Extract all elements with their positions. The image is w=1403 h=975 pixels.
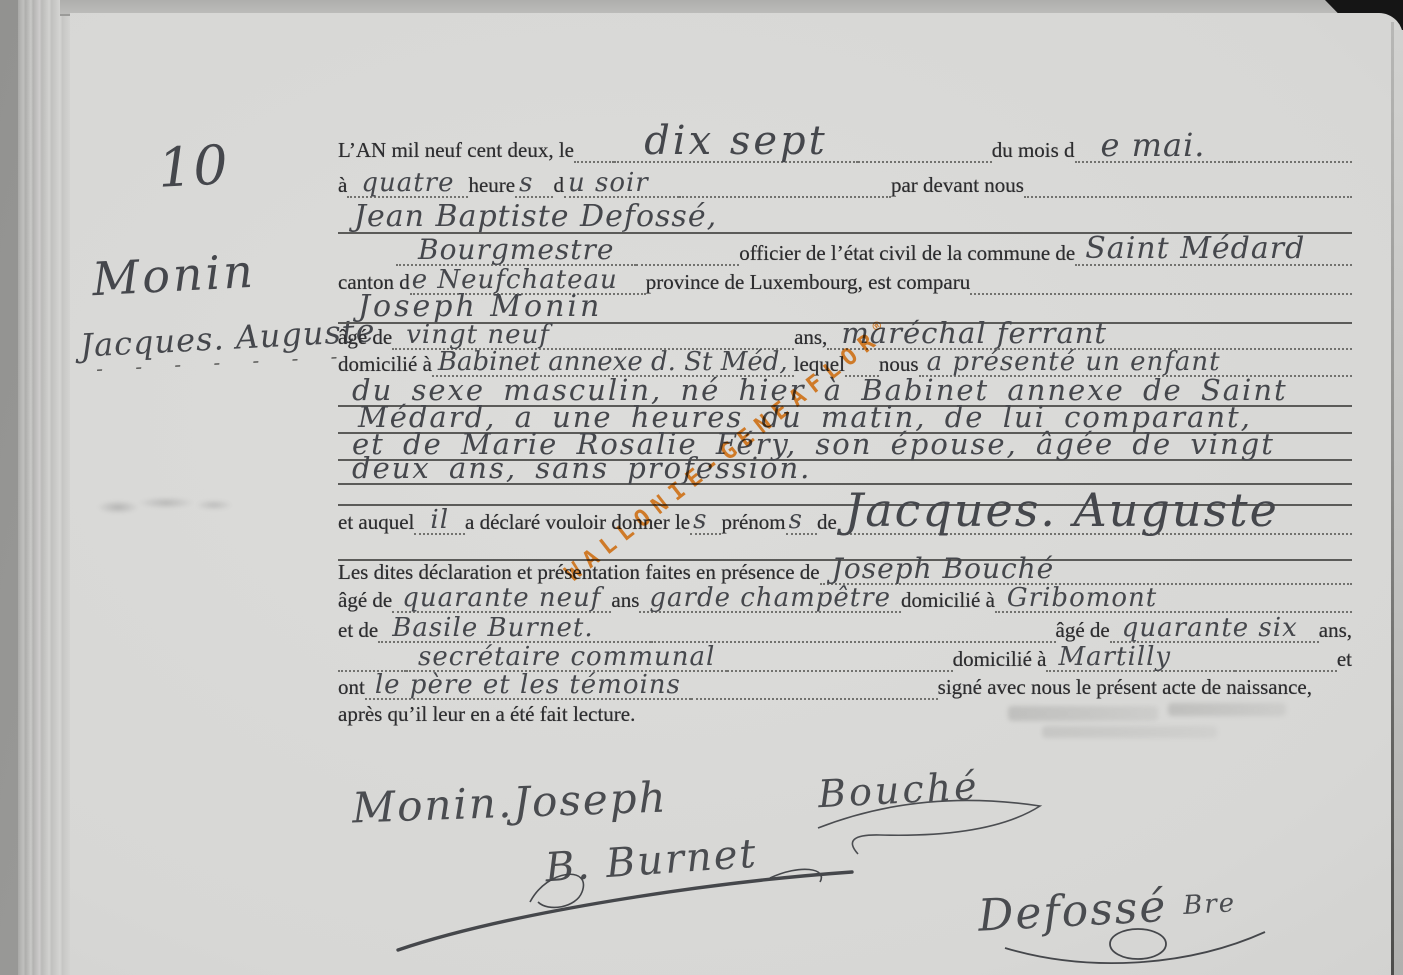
form-line-hour: à quatre heure s d u soir par devant nou… (338, 164, 1352, 198)
hand-child-given-names: Jacques. Auguste (837, 487, 1352, 535)
form-line-officer-name: Jean Baptiste Defossé, (338, 198, 1352, 234)
act-number: 10 (157, 138, 230, 196)
form-line-date: L’AN mil neuf cent deux, le dix sept du … (338, 129, 1352, 163)
signature-officer-flourish (960, 910, 1300, 975)
printed-text: L’AN mil neuf cent deux, le (338, 138, 574, 163)
document-scan: 10 Monin Jacques. Auguste - - - - - - - … (0, 0, 1403, 975)
ink-smudge (86, 483, 246, 527)
form-line-given-names: et auquel il a déclaré vouloir donner le… (338, 501, 1352, 535)
page-right-edge (1394, 30, 1403, 975)
hand-hour: quatre (347, 170, 468, 198)
hand-officer-name: Jean Baptiste Defossé, (354, 202, 717, 232)
hand-period: u soir (564, 170, 679, 198)
margin-surname: Monin (91, 248, 257, 303)
form-line-lecture: après qu’il leur en a été fait lecture. (338, 693, 1352, 727)
hand-day: dix sept (614, 121, 858, 163)
form-line-mother-cont: deux ans, sans profession. (338, 449, 1352, 485)
binding-fold-line (1391, 22, 1394, 975)
bleedthrough-mark (1042, 726, 1217, 738)
page-stack-edges (18, 0, 72, 975)
printed-text: du mois d (992, 138, 1075, 163)
form-line-witness1-details: âgé de quarante neuf ans garde champêtre… (338, 579, 1352, 613)
hand-month: e mai. (1075, 129, 1232, 163)
signature-witness2-flourish (380, 850, 870, 960)
